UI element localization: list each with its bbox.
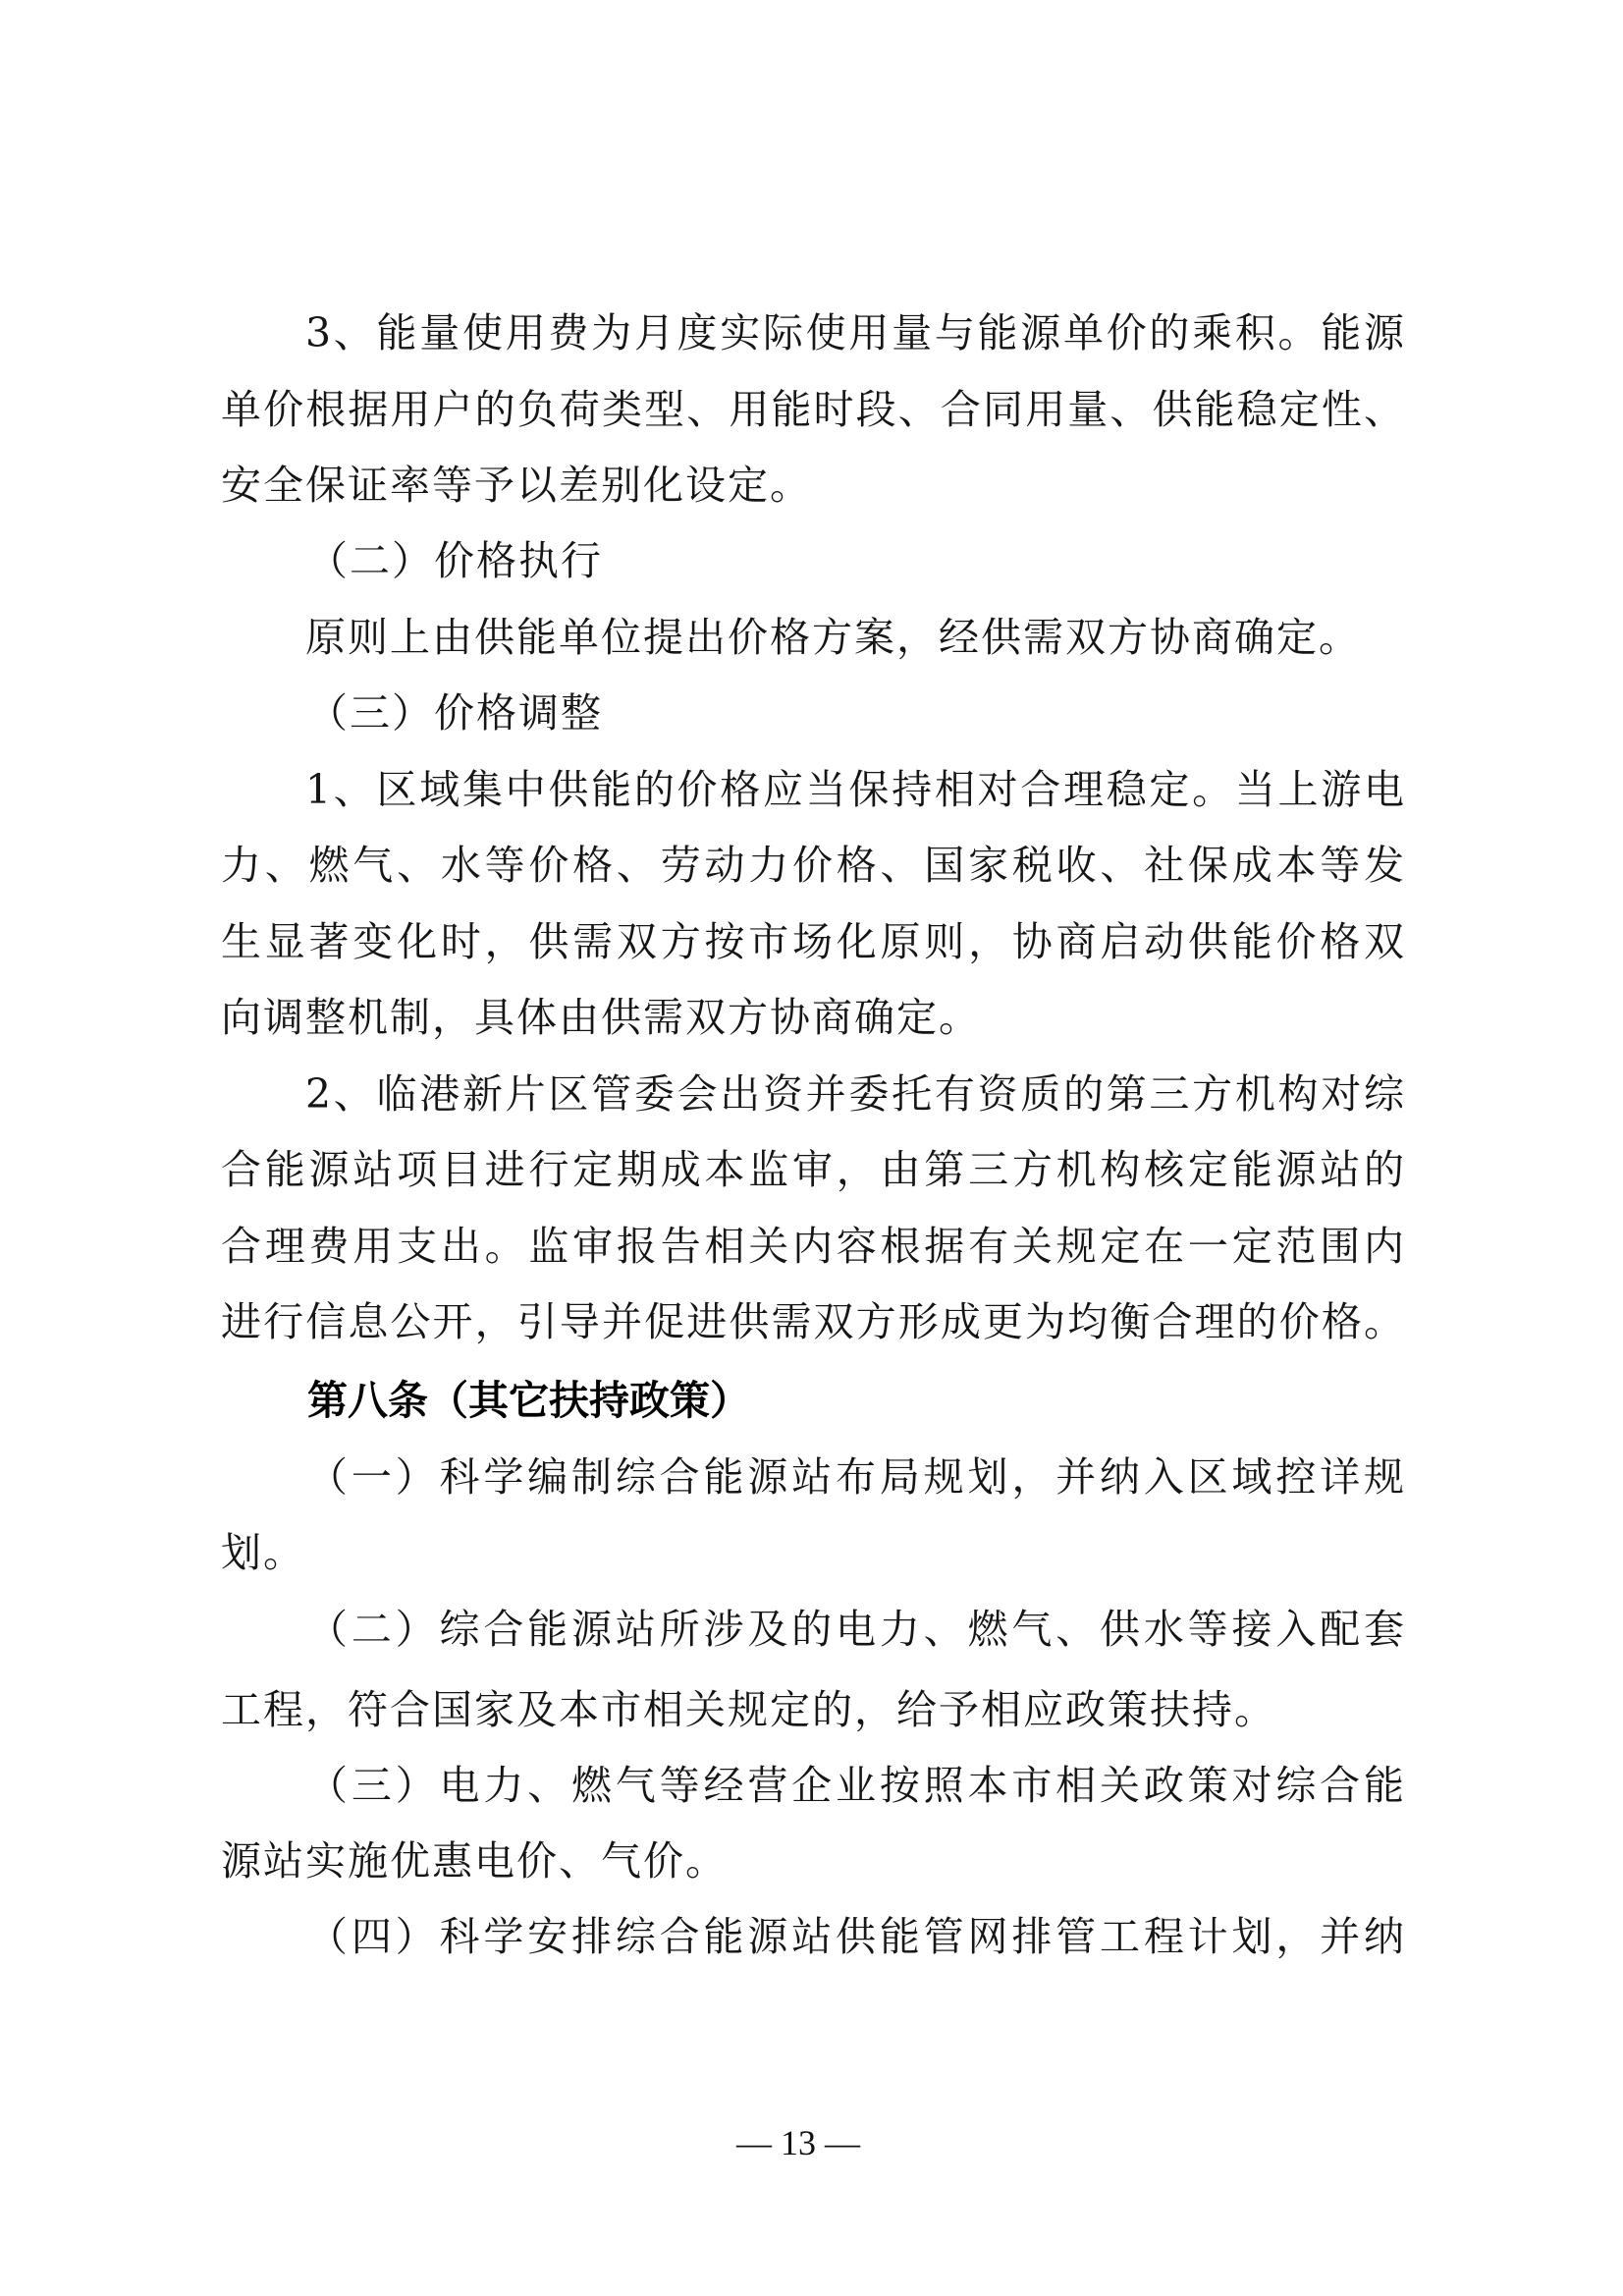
paragraph-line: 原则上由供能单位提出价格方案，经供需双方协商确定。 xyxy=(305,608,1404,667)
paragraph-line: 源站实施优惠电价、气价。 xyxy=(221,1831,1404,1890)
section-subheading: （二）价格执行 xyxy=(307,531,1404,590)
paragraph-line: 1、区域集中供能的价格应当保持相对合理稳定。当上游电 xyxy=(305,760,1404,819)
paragraph-line: 进行信息公开，引导并促进供需双方形成更为均衡合理的价格。 xyxy=(221,1292,1404,1351)
paragraph-line: （三）电力、燃气等经营企业按照本市相关政策对综合能 xyxy=(307,1756,1404,1815)
paragraph-line: （四）科学安排综合能源站供能管网排管工程计划，并纳 xyxy=(307,1907,1404,1966)
paragraph-line: 3、能量使用费为月度实际使用量与能源单价的乘积。能源 xyxy=(305,303,1404,362)
paragraph-line: 向调整机制，具体由供需双方协商确定。 xyxy=(221,988,1404,1047)
paragraph-line: 合能源站项目进行定期成本监审，由第三方机构核定能源站的 xyxy=(221,1140,1404,1199)
paragraph-line: 合理费用支出。监审报告相关内容根据有关规定在一定范围内 xyxy=(221,1217,1404,1276)
document-page: 3、能量使用费为月度实际使用量与能源单价的乘积。能源 单价根据用户的负荷类型、用… xyxy=(0,0,1623,2296)
paragraph-line: 划。 xyxy=(221,1523,1404,1582)
paragraph-line: 力、燃气、水等价格、劳动力价格、国家税收、社保成本等发 xyxy=(221,836,1404,895)
page-number: — 13 — xyxy=(727,2119,870,2166)
section-subheading: （三）价格调整 xyxy=(307,683,1404,742)
paragraph-line: 安全保证率等予以差别化设定。 xyxy=(221,456,1404,515)
paragraph-line: 2、临港新片区管委会出资并委托有资质的第三方机构对综 xyxy=(305,1065,1404,1123)
paragraph-line: 生显著变化时，供需双方按市场化原则，协商启动供能价格双 xyxy=(221,912,1404,971)
article-heading: 第八条（其它扶持政策） xyxy=(307,1371,1490,1430)
paragraph-line: 工程，符合国家及本市相关规定的，给予相应政策扶持。 xyxy=(221,1680,1404,1739)
paragraph-line: 单价根据用户的负荷类型、用能时段、合同用量、供能稳定性、 xyxy=(221,380,1404,439)
paragraph-line: （一）科学编制综合能源站布局规划，并纳入区域控详规 xyxy=(307,1448,1404,1506)
paragraph-line: （二）综合能源站所涉及的电力、燃气、供水等接入配套 xyxy=(307,1600,1404,1659)
